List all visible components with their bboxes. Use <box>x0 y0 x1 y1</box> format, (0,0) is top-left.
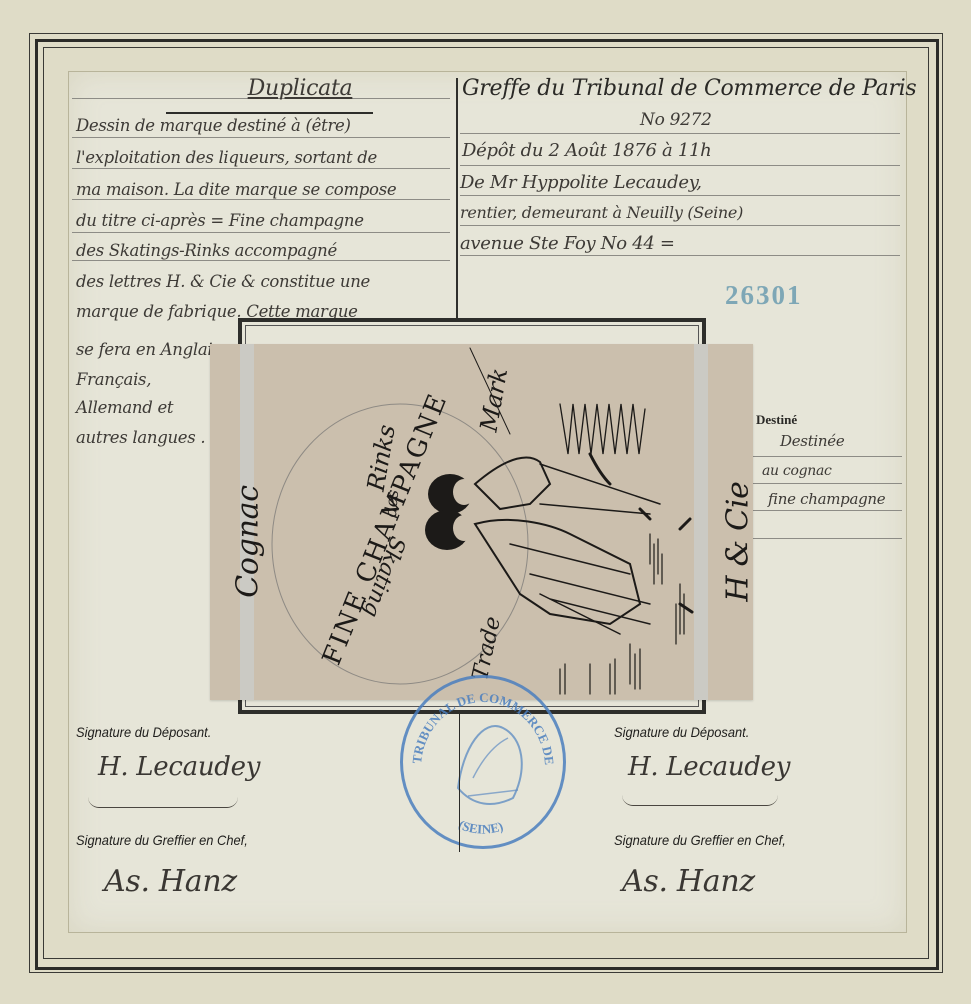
signature-flourish <box>622 795 778 806</box>
description-line: ma maison. La dite marque se compose <box>76 180 396 199</box>
seal-bottom-text: (SEINE) <box>456 817 505 837</box>
registry-header: Greffe du Tribunal de Commerce de Paris <box>462 76 916 101</box>
trademark-drawing: Cognac FINE CHAMPAGNE Skating des Rinks … <box>210 344 753 700</box>
depositor-line: avenue Ste Foy No 44 = <box>460 233 675 254</box>
seal-center-line <box>459 714 460 852</box>
destination-line: au cognac <box>762 463 832 479</box>
right-clerk-signature: As. Hanz <box>622 864 755 899</box>
destination-rule <box>752 510 902 511</box>
seal-top-text: TRIBUNAL DE COMMERCE DE PARIS <box>403 678 557 769</box>
left-depositor-signature: H. Lecaudey <box>98 752 260 782</box>
description-line: l'exploitation des liqueurs, sortant de <box>76 148 377 167</box>
right-depositor-signature: H. Lecaudey <box>628 752 790 782</box>
signature-flourish <box>88 797 238 808</box>
destination-label: Destiné <box>756 412 797 428</box>
description-line: Allemand et <box>76 398 173 417</box>
description-line: des Skatings-Rinks accompagné <box>76 241 337 260</box>
right-depositor-label: Signature du Déposant. <box>614 724 749 740</box>
tribunal-seal: TRIBUNAL DE COMMERCE DE PARIS (SEINE) <box>400 675 566 849</box>
description-line: des lettres H. & Cie & constitue une <box>76 272 370 291</box>
description-line: Français, <box>76 370 151 389</box>
description-line: du titre ci-après = Fine champagne <box>76 211 364 230</box>
depositor-line: rentier, demeurant à Neuilly (Seine) <box>460 203 743 222</box>
destination-rule <box>752 483 902 484</box>
description-line: Dessin de marque destiné à (être) <box>76 116 351 135</box>
deposit-date: Dépôt du 2 Août 1876 à 11h <box>462 140 711 161</box>
title-underline <box>166 112 373 114</box>
stamped-registration-number: 26301 <box>725 280 803 311</box>
left-depositor-label: Signature du Déposant. <box>76 724 211 740</box>
destination-line: fine champagne <box>768 490 885 508</box>
registry-number: No 9272 <box>640 110 712 130</box>
description-line: se fera en Anglais <box>76 340 221 359</box>
drawing-text-hco: H & Cie <box>721 481 753 601</box>
destination-line: Destinée <box>780 432 844 450</box>
depositor-line: De Mr Hyppolite Lecaudey, <box>460 172 702 193</box>
svg-text:(SEINE): (SEINE) <box>456 817 505 837</box>
seal-emblem: TRIBUNAL DE COMMERCE DE PARIS (SEINE) <box>403 678 563 846</box>
column-divider <box>456 78 458 318</box>
drawing-text-des: des <box>381 489 402 518</box>
left-clerk-signature: As. Hanz <box>104 864 237 899</box>
destination-rule <box>752 538 902 539</box>
destination-rule <box>752 456 902 457</box>
drawing-text-cognac: Cognac <box>231 485 266 597</box>
svg-text:TRIBUNAL DE COMMERCE DE PARIS: TRIBUNAL DE COMMERCE DE PARIS <box>403 678 557 769</box>
left-clerk-label: Signature du Greffier en Chef, <box>76 832 248 848</box>
right-clerk-label: Signature du Greffier en Chef, <box>614 832 786 848</box>
document-title: Duplicata <box>160 76 440 101</box>
